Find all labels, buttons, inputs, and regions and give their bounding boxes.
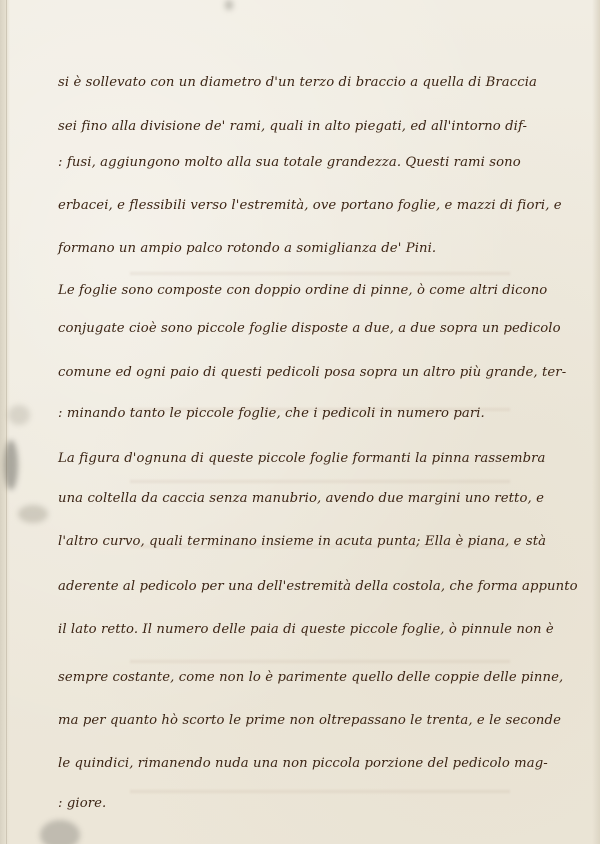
ink-stain [225,0,233,10]
manuscript-line: ma per quanto hò scorto le prime non olt… [58,714,561,727]
manuscript-line: si è sollevato con un diametro d'un terz… [58,76,537,89]
manuscript-line: comune ed ogni paio di questi pedicoli p… [58,366,566,379]
manuscript-line: le quindici, rimanendo nuda una non picc… [58,757,548,770]
paper-right-edge [592,0,600,844]
manuscript-line: : minando tanto le piccole foglie, che i… [58,407,485,420]
ink-stain [40,820,80,844]
manuscript-line: : fusi, aggiungono molto alla sua totale… [58,156,521,169]
manuscript-line: l'altro curvo, quali terminano insieme i… [58,535,546,548]
bleed-through [130,480,510,483]
manuscript-line: Le foglie sono composte con doppio ordin… [58,284,547,297]
manuscript-line: formano un ampio palco rotondo a somigli… [58,242,436,255]
manuscript-line: : giore. [58,797,106,810]
paper-fold-line [6,0,7,844]
bleed-through [130,660,510,663]
manuscript-line: sempre costante, come non lo è parimente… [58,671,563,684]
manuscript-line: La figura d'ognuna di queste piccole fog… [58,452,546,465]
manuscript-line: aderente al pedicolo per una dell'estrem… [58,580,578,593]
ink-stain [8,405,30,425]
paper-left-edge [0,0,10,844]
ink-stain [18,505,48,523]
ink-stain [4,440,18,490]
manuscript-line: il lato retto. Il numero delle paia di q… [58,623,554,636]
bleed-through [130,272,510,275]
manuscript-line: sei fino alla divisione de' rami, quali … [58,120,527,133]
manuscript-page: si è sollevato con un diametro d'un terz… [0,0,600,844]
bleed-through [130,790,510,793]
manuscript-line: conjugate cioè sono piccole foglie dispo… [58,322,561,335]
manuscript-line: una coltella da caccia senza manubrio, a… [58,492,544,505]
manuscript-line: erbacei, e flessibili verso l'estremità,… [58,199,562,212]
